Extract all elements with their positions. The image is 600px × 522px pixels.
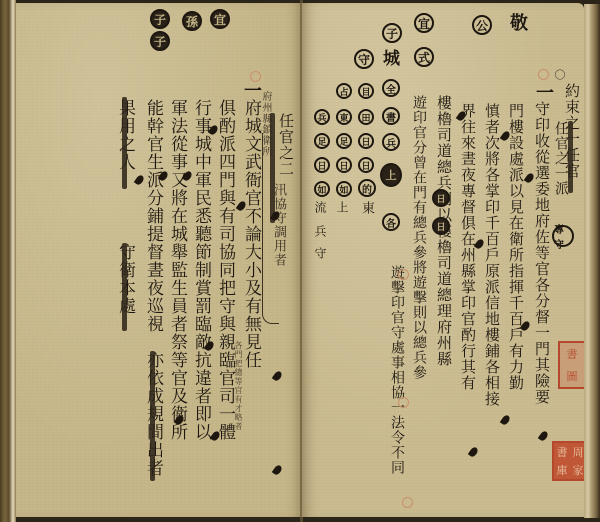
circled-char: 各 (382, 213, 400, 231)
circled-char: 的 (358, 179, 376, 197)
circled-char: 日 (432, 189, 450, 207)
circled-char: 宜 (210, 9, 230, 29)
glyph-column: 兵 (314, 225, 326, 238)
punctuation-mark (272, 370, 283, 382)
collector-seal-lower: 書 周 庫 家 (552, 441, 588, 481)
circled-char: 日 (432, 217, 450, 235)
circled-char: 上 (380, 163, 402, 187)
proofread-circle (398, 397, 409, 408)
item-number: 〇 (554, 69, 565, 81)
circled-char: 兵 (382, 133, 400, 151)
left-page: 子 子 孫 宜 任官之二 一 府城文武衙官不論大小及有無見任 府州縣鎮衛所 汛協… (16, 3, 302, 517)
proofread-circle (538, 69, 549, 80)
circled-char: 日 (336, 157, 352, 173)
text-column: 行事城中軍民悉聽節制賞罰臨敵抗違者即以 (192, 99, 209, 441)
book-binding (0, 0, 16, 522)
circled-char: 日 (358, 157, 374, 173)
glyph-column: 守 (314, 247, 326, 260)
circled-char: 田 (358, 109, 374, 125)
circled-char: 宜 (414, 13, 434, 33)
manuscript-spread: 子 子 孫 宜 任官之二 一 府城文武衙官不論大小及有無見任 府州縣鎮衛所 汛協… (0, 0, 600, 522)
text-column: 能幹官生派分鋪提督晝夜巡視 (144, 99, 161, 333)
circled-char: 全 (382, 79, 400, 97)
circled-char: 子 (382, 23, 402, 43)
circled-char: 兵 (314, 109, 330, 125)
text-column: 門樓設處派以見在衛所指揮千百戶有力勤 (508, 103, 523, 391)
circled-char: 如 (314, 181, 330, 197)
page-fore-edge (584, 4, 600, 518)
text-column: 府城文武衙官不論大小及有無見任 (242, 99, 259, 369)
proofread-circle (402, 497, 413, 508)
text-column: 俱酌派四門與有司協同把守與親臨官司一體 (216, 99, 233, 441)
circled-char: 式 (414, 47, 434, 67)
right-page: 子 宜 公 敬 守 城 式 占 目 全 兵 東 田 書 足 足 日 兵 日 日 … (302, 3, 584, 517)
circled-char: 目 (358, 83, 374, 99)
text-column: 遊印官分曾在門有總兵參將遊擊則以總兵參 (412, 95, 426, 380)
circled-char: 如 (336, 181, 352, 197)
item-marker: 一 (242, 81, 260, 100)
circled-char: 公 (472, 15, 492, 35)
glyph-column: 上 (336, 201, 348, 214)
circled-char: 子 (150, 31, 170, 51)
collector-seal-upper: 書 圖 (558, 341, 586, 389)
text-column: 慎者次將各掌印千百戶原派信地樓鋪各相接 (484, 103, 499, 407)
text-column: 守印收從選委地府佐等官各分督一門其險要 (534, 101, 549, 405)
punctuation-mark (538, 430, 549, 442)
annotation-column: 任官之一派 (554, 121, 568, 196)
glyph-column: 東 (360, 201, 373, 215)
proofread-circle (398, 269, 409, 280)
ink-deletion-bar (568, 121, 573, 193)
punctuation-mark (500, 414, 511, 426)
insertion-bracket (262, 133, 279, 324)
item-marker: 一 (534, 83, 552, 102)
heading-char: 城 (380, 49, 397, 67)
circled-char: 子 (150, 9, 170, 29)
annotation-column: 各門把總等官有才略者 (234, 341, 242, 431)
ink-deletion-bar (150, 351, 155, 481)
punctuation-mark (468, 446, 479, 458)
glyph-column: 流 (314, 201, 326, 214)
heading-char: 敬 (508, 13, 526, 32)
circled-char: 東 (336, 109, 352, 125)
circled-char: 日 (358, 133, 374, 149)
punctuation-mark (272, 464, 283, 476)
circled-char: 占 (336, 83, 352, 99)
circled-char: 專守 (552, 225, 574, 247)
ink-deletion-bar (122, 243, 127, 331)
circled-char: 足 (314, 133, 330, 149)
text-column: 軍法從事又將在城舉監生員者祭等官及衛所 (168, 99, 185, 441)
text-column: 遊擊印官守處事相協一法令不同 (390, 265, 404, 475)
circled-char: 守 (354, 49, 374, 69)
circled-char: 日 (314, 157, 330, 173)
ink-deletion-bar (122, 97, 127, 189)
section-title: 任官之二 (278, 113, 293, 177)
text-column: 界往來晝夜專督俱在州縣掌印官酌行其有 (460, 103, 475, 391)
circled-char: 足 (336, 133, 352, 149)
circled-char: 書 (382, 107, 400, 125)
circled-char: 孫 (182, 11, 202, 31)
